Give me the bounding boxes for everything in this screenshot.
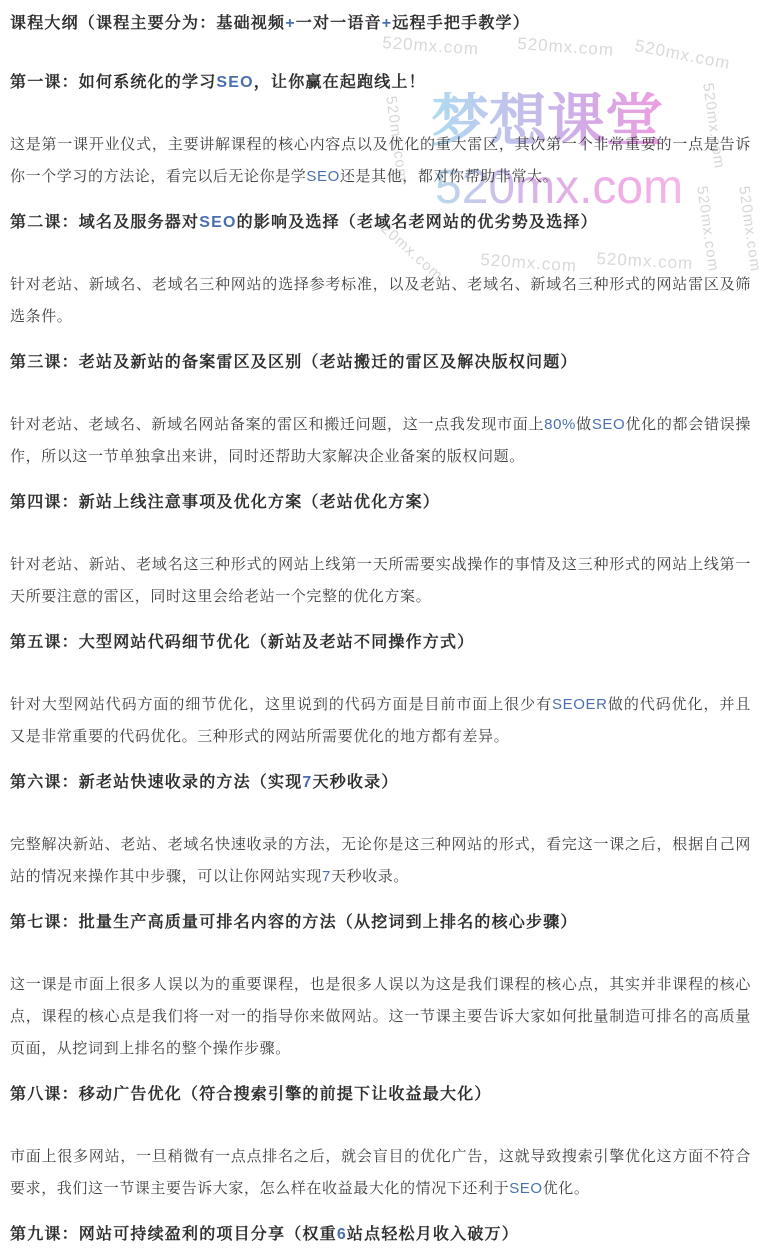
cjk-text: 第二课：域名及服务器对 bbox=[10, 214, 199, 231]
cjk-text: 针对老站、新站、老域名这三种形式的网站上线第一天所需要实战操作的事情及这三种形式… bbox=[10, 556, 751, 605]
cjk-text: 站点轻松月收入破万） bbox=[347, 1226, 519, 1243]
cjk-text: 针对老站、老域名、新域名网站备案的雷区和搬迁问题，这一点我发现市面上 bbox=[10, 416, 544, 433]
cjk-text: 这一课是市面上很多人误以为的重要课程，也是很多人误以为这是我们课程的核心点，其实… bbox=[10, 976, 751, 1057]
cjk-text: 第九课：网站可持续盈利的项目分享（权重 bbox=[10, 1226, 337, 1243]
cjk-text: 第七课：批量生产高质量可排名内容的方法（从挖词到上排名的核心步骤） bbox=[10, 914, 578, 931]
lesson-body-6: 完整解决新站、老站、老域名快速收录的方法，无论你是这三种网站的形式，看完这一课之… bbox=[10, 829, 751, 893]
cjk-text: 一对一语音 bbox=[296, 15, 382, 32]
latin-text: SEO bbox=[509, 1180, 542, 1197]
document-page: 梦想课堂 520mx.com 520mx.com520mx.com520mx.c… bbox=[0, 0, 761, 1258]
latin-text: 6 bbox=[337, 1226, 347, 1243]
latin-text: SEOER bbox=[552, 696, 608, 713]
lesson-body-3: 针对老站、老域名、新域名网站备案的雷区和搬迁问题，这一点我发现市面上80%做SE… bbox=[10, 409, 751, 473]
cjk-text: 第三课：老站及新站的备案雷区及区别（老站搬迁的雷区及解决版权问题） bbox=[10, 354, 578, 371]
cjk-text: 天秒收录） bbox=[313, 774, 399, 791]
lesson-body-4: 针对老站、新站、老域名这三种形式的网站上线第一天所需要实战操作的事情及这三种形式… bbox=[10, 549, 751, 613]
lesson-heading-8: 第八课：移动广告优化（符合搜索引擎的前提下让收益最大化） bbox=[10, 1085, 751, 1105]
latin-text: + bbox=[382, 15, 393, 32]
latin-text: + bbox=[285, 15, 296, 32]
lesson-body-5: 针对大型网站代码方面的细节优化，这里说到的代码方面是目前市面上很少有SEOER做… bbox=[10, 689, 751, 753]
lesson-body-2: 针对老站、新域名、老域名三种网站的选择参考标准，以及老站、老域名、新域名三种形式… bbox=[10, 269, 751, 333]
latin-text: SEO bbox=[199, 214, 236, 231]
latin-text: 7 bbox=[322, 868, 331, 885]
cjk-text: 第八课：移动广告优化（符合搜索引擎的前提下让收益最大化） bbox=[10, 1086, 492, 1103]
cjk-text: 第五课：大型网站代码细节优化（新站及老站不同操作方式） bbox=[10, 634, 474, 651]
lesson-heading-6: 第六课：新老站快速收录的方法（实现7天秒收录） bbox=[10, 773, 751, 793]
cjk-text: 的影响及选择（老域名老网站的优劣势及选择） bbox=[237, 214, 598, 231]
lesson-heading-1: 第一课：如何系统化的学习SEO，让你赢在起跑线上！ bbox=[10, 73, 751, 93]
cjk-text: 针对老站、新域名、老域名三种网站的选择参考标准，以及老站、老域名、新域名三种形式… bbox=[10, 276, 751, 325]
cjk-text: 第四课：新站上线注意事项及优化方案（老站优化方案） bbox=[10, 494, 440, 511]
cjk-text: 第六课：新老站快速收录的方法（实现 bbox=[10, 774, 302, 791]
cjk-text: 市面上很多网站，一旦稍微有一点点排名之后，就会盲目的优化广告，这就导致搜索引擎优… bbox=[10, 1148, 751, 1197]
lesson-heading-4: 第四课：新站上线注意事项及优化方案（老站优化方案） bbox=[10, 493, 751, 513]
lesson-heading-5: 第五课：大型网站代码细节优化（新站及老站不同操作方式） bbox=[10, 633, 751, 653]
cjk-text: 远程手把手教学） bbox=[392, 15, 530, 32]
latin-text: SEO bbox=[592, 416, 625, 433]
cjk-text: 做 bbox=[576, 416, 592, 433]
cjk-text: 优化。 bbox=[543, 1180, 590, 1197]
cjk-text: 针对大型网站代码方面的细节优化，这里说到的代码方面是目前市面上很少有 bbox=[10, 696, 552, 713]
latin-text: 7 bbox=[302, 774, 312, 791]
lesson-body-1: 这是第一课开业仪式，主要讲解课程的核心内容点以及优化的重大雷区，其次第一个非常重… bbox=[10, 129, 751, 193]
lesson-body-8: 市面上很多网站，一旦稍微有一点点排名之后，就会盲目的优化广告，这就导致搜索引擎优… bbox=[10, 1141, 751, 1205]
lesson-heading-3: 第三课：老站及新站的备案雷区及区别（老站搬迁的雷区及解决版权问题） bbox=[10, 353, 751, 373]
lesson-body-7: 这一课是市面上很多人误以为的重要课程，也是很多人误以为这是我们课程的核心点，其实… bbox=[10, 969, 751, 1065]
lesson-heading-2: 第二课：域名及服务器对SEO的影响及选择（老域名老网站的优劣势及选择） bbox=[10, 213, 751, 233]
latin-text: SEO bbox=[306, 168, 339, 185]
lesson-sections: 第一课：如何系统化的学习SEO，让你赢在起跑线上！这是第一课开业仪式，主要讲解课… bbox=[10, 73, 751, 1245]
lesson-heading-9: 第九课：网站可持续盈利的项目分享（权重6站点轻松月收入破万） bbox=[10, 1225, 751, 1245]
lesson-heading-7: 第七课：批量生产高质量可排名内容的方法（从挖词到上排名的核心步骤） bbox=[10, 913, 751, 933]
latin-text: SEO bbox=[216, 74, 253, 91]
cjk-text: 还是其他，都对你帮助非常大。 bbox=[340, 168, 558, 185]
cjk-text: 课程大纲（课程主要分为：基础视频 bbox=[10, 15, 285, 32]
cjk-text: 天秒收录。 bbox=[331, 868, 409, 885]
doc-title: 课程大纲（课程主要分为：基础视频+一对一语音+远程手把手教学） bbox=[10, 14, 751, 34]
course-outline-content: 课程大纲（课程主要分为：基础视频+一对一语音+远程手把手教学） 第一课：如何系统… bbox=[0, 0, 761, 1245]
latin-text: 80% bbox=[544, 416, 576, 433]
cjk-text: ，让你赢在起跑线上！ bbox=[254, 74, 426, 91]
cjk-text: 第一课：如何系统化的学习 bbox=[10, 74, 216, 91]
